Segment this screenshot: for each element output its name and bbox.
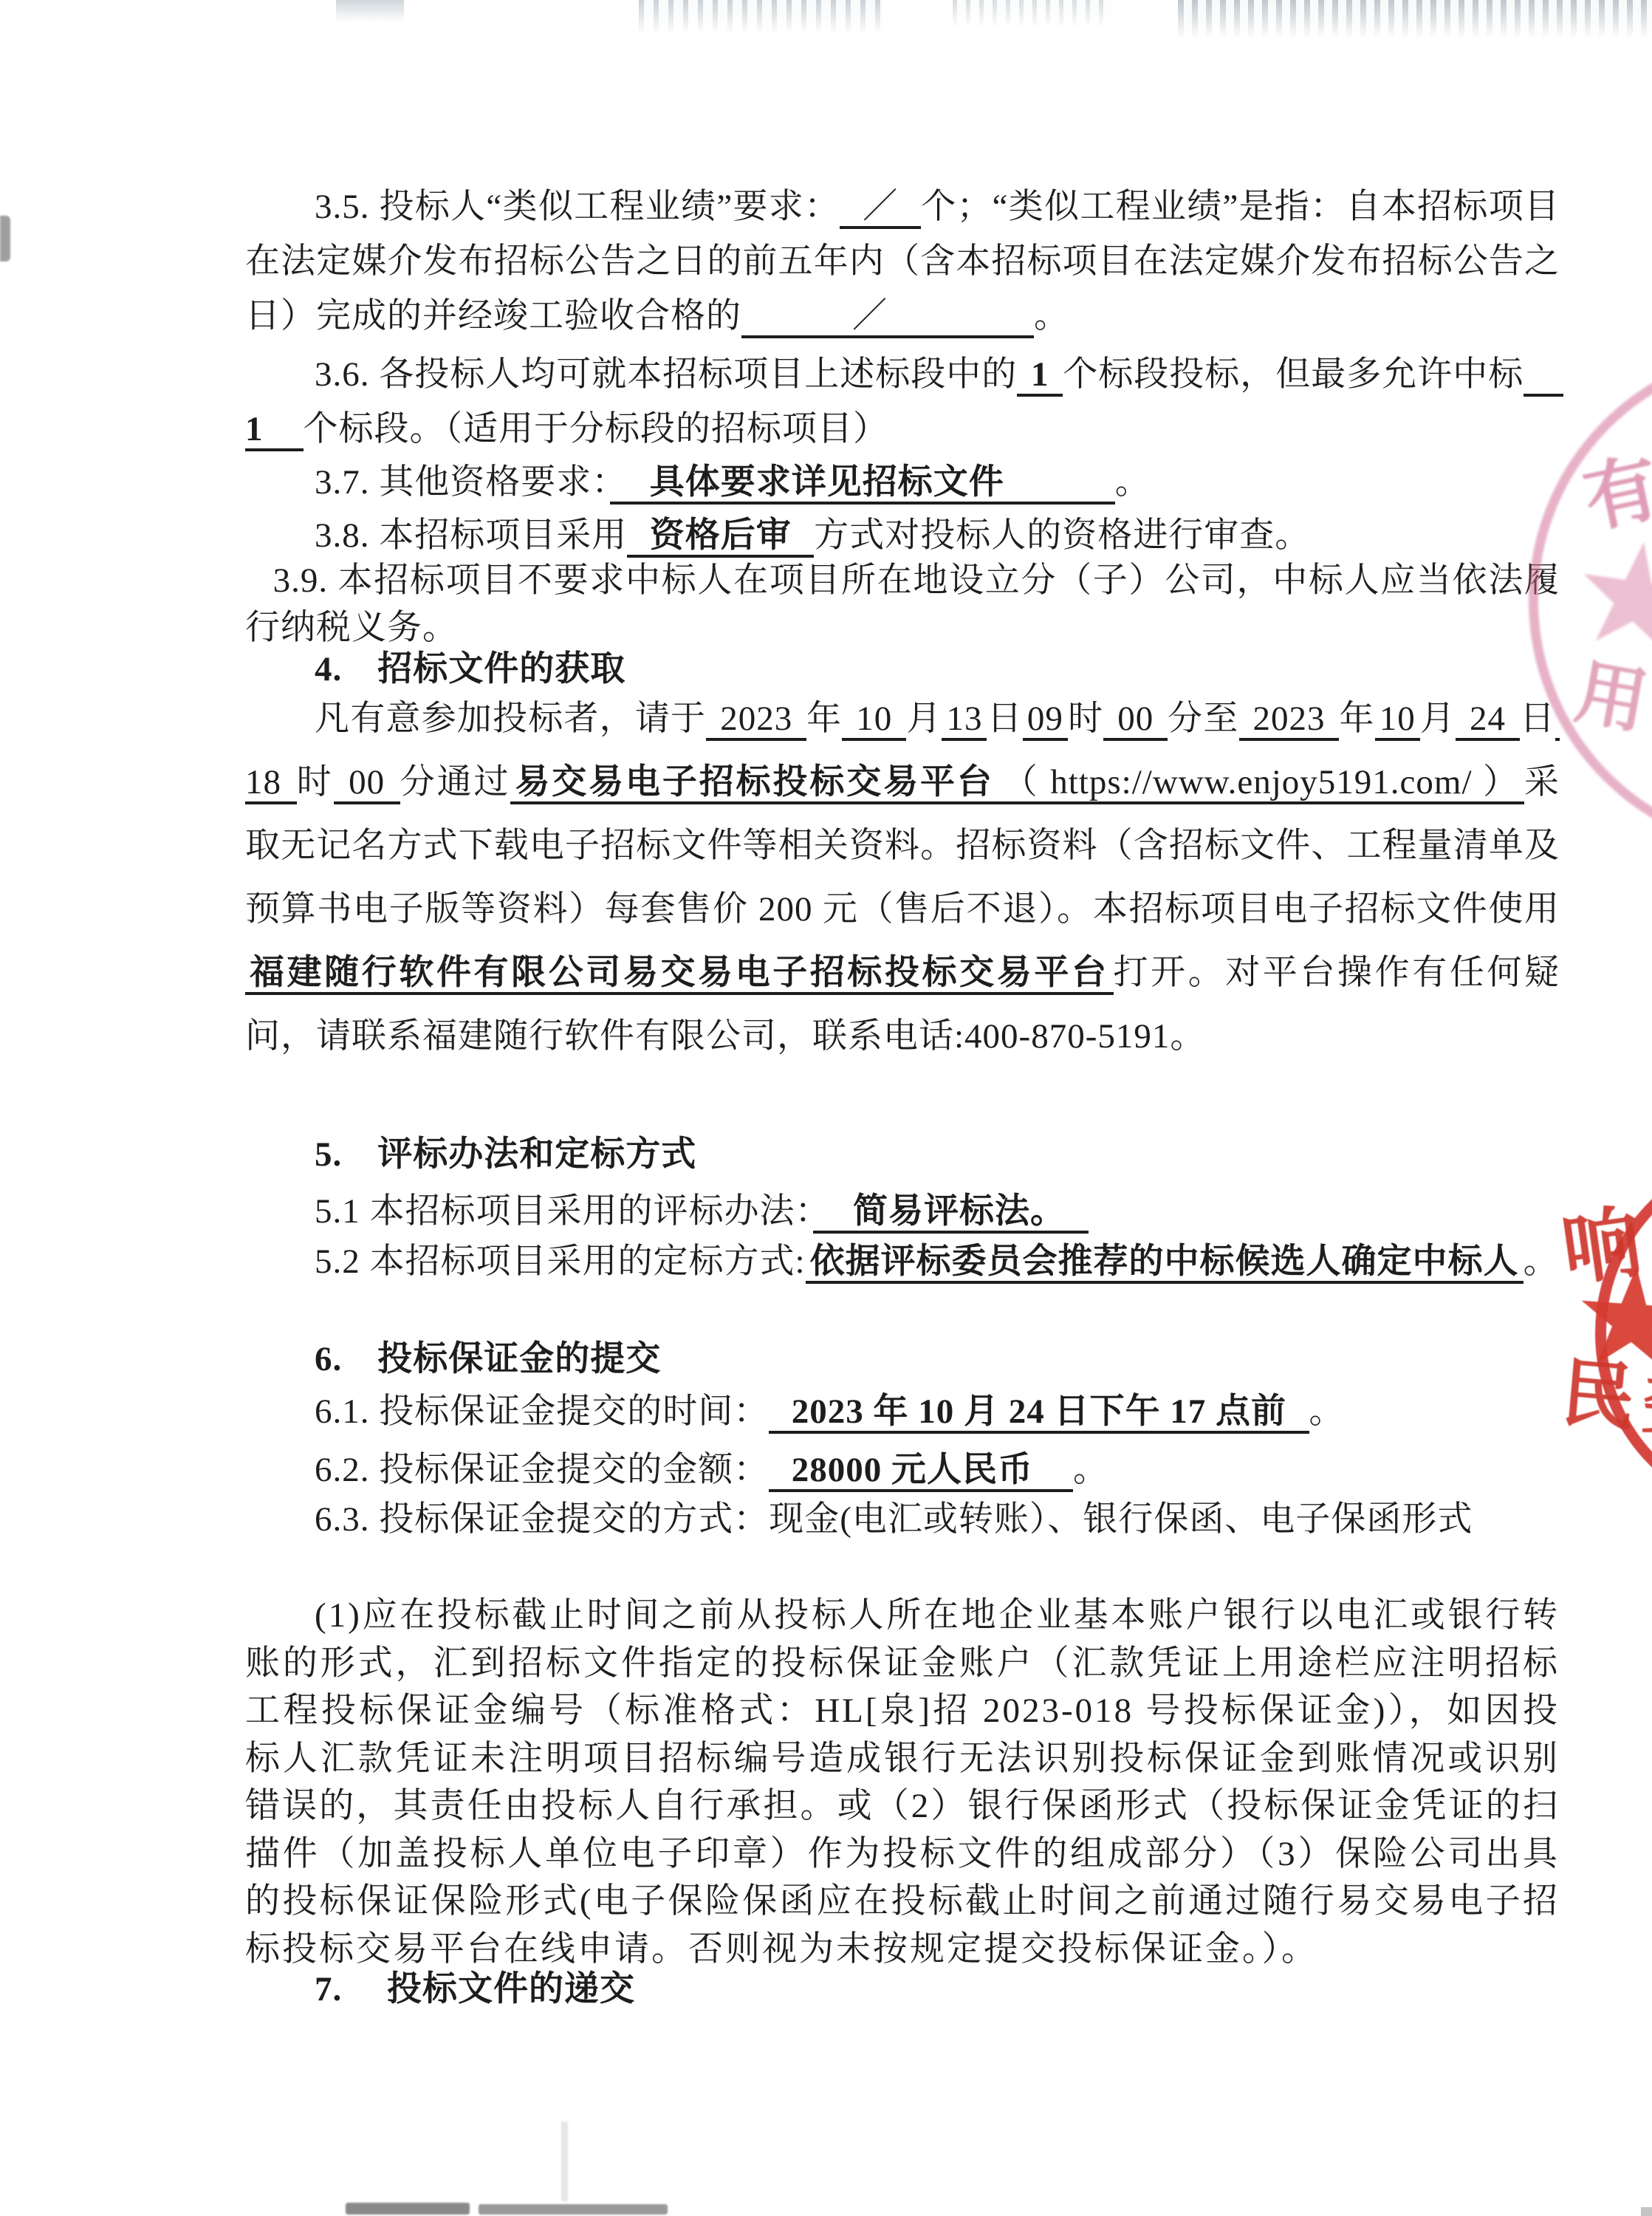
fill-in-blank: 09 bbox=[1023, 700, 1068, 741]
stamp-character: 用 bbox=[1571, 657, 1652, 741]
scan-artifact-top bbox=[336, 0, 404, 22]
fill-in-blank: 2023 bbox=[706, 700, 806, 741]
paragraph-p35: 3.5. 投标人“类似工程业绩”要求： ／ 个；“类似工程业绩”是指：自本招标项… bbox=[245, 179, 1560, 343]
text-segment: 6.1. 投标保证金提交的时间： bbox=[315, 1392, 769, 1431]
scan-artifact-bottom bbox=[346, 2203, 470, 2215]
fill-in-blank: 2023 bbox=[1239, 700, 1340, 741]
text-segment: 时 bbox=[1068, 700, 1103, 738]
fill-in-blank: 24 bbox=[1456, 700, 1520, 741]
text-segment: 3.5. 投标人“类似工程业绩”要求： bbox=[315, 188, 840, 226]
paragraph-h6: 6. 投标保证金的提交 bbox=[245, 1334, 1560, 1384]
text-segment: 。 bbox=[1309, 1392, 1345, 1431]
fill-in-blank: 00 bbox=[334, 763, 400, 804]
fill-in-blank: 依据评标委员会推荐的中标候选人确定中标人 bbox=[806, 1242, 1524, 1284]
fill-in-blank: 易交易电子招标投标交易平台 bbox=[510, 763, 998, 804]
paragraph-p51: 5.1 本招标项目采用的评标办法： 简易评标法。 bbox=[245, 1185, 1560, 1238]
paragraph-p37: 3.7. 其他资格要求： 具体要求详见招标文件 。 bbox=[245, 455, 1560, 510]
text-segment: 4. 招标文件的获取 bbox=[315, 650, 626, 688]
text-segment: 。 bbox=[1073, 1451, 1108, 1489]
text-segment: 5. 评标办法和定标方式 bbox=[315, 1135, 696, 1174]
text-segment: 日 bbox=[987, 700, 1022, 738]
scan-artifact-top bbox=[1178, 0, 1652, 38]
text-segment: 3.7. 其他资格要求： bbox=[315, 463, 610, 502]
paragraph-h5: 5. 评标办法和定标方式 bbox=[245, 1129, 1560, 1180]
fill-in-blank: 28000 元人民币 bbox=[769, 1451, 1073, 1492]
paragraph-p38: 3.8. 本招标项目采用 资格后审 方式对投标人的资格进行审查。 bbox=[245, 508, 1560, 563]
paragraph-p61: 6.1. 投标保证金提交的时间： 2023 年 10 月 24 日下午 17 点… bbox=[245, 1385, 1560, 1438]
text-segment: 5.2 本招标项目采用的定标方式: bbox=[315, 1242, 806, 1281]
text-segment: 。 bbox=[1524, 1242, 1559, 1281]
text-segment: 个标段投标，但最多允许中标 bbox=[1063, 355, 1524, 394]
fill-in-blank: 具体要求详见招标文件 bbox=[610, 463, 1115, 505]
fill-in-blank: （ https://www.enjoy5191.com/ ） bbox=[998, 763, 1524, 804]
scan-artifact-bottom bbox=[561, 2121, 568, 2201]
text-segment: 5.1 本招标项目采用的评标办法： bbox=[315, 1192, 813, 1231]
text-segment: (1)应在投标截止时间之前从投标人所在地企业基本账户银行以电汇或银行转账的形式，… bbox=[245, 1596, 1560, 1969]
text-segment: 分至 bbox=[1168, 700, 1238, 738]
fill-in-blank: 简易评标法。 bbox=[813, 1192, 1089, 1234]
scan-artifact-top bbox=[639, 0, 882, 34]
text-segment: 个标段。（适用于分标段的招标项目） bbox=[304, 410, 889, 448]
scan-artifact-bottom bbox=[1641, 2207, 1652, 2216]
fill-in-blank: 资格后审 bbox=[627, 516, 814, 558]
paragraph-p36: 3.6. 各投标人均可就本招标项目上述标段中的 1 个标段投标，但最多允许中标 … bbox=[245, 347, 1560, 456]
fill-in-blank: 10 bbox=[1375, 700, 1420, 741]
document-page: 3.5. 投标人“类似工程业绩”要求： ／ 个；“类似工程业绩”是指：自本招标项… bbox=[0, 0, 1652, 2216]
paragraph-p62: 6.2. 投标保证金提交的金额： 28000 元人民币 。 bbox=[245, 1443, 1560, 1497]
text-segment: 月 bbox=[1420, 700, 1456, 738]
paragraph-p63: 6.3. 投标保证金提交的方式：现金(电汇或转账）、银行保函、电子保函形式 bbox=[245, 1495, 1560, 1544]
text-segment: 3.8. 本招标项目采用 bbox=[315, 516, 627, 555]
fill-in-blank: 00 bbox=[1103, 700, 1168, 741]
text-segment: 3.6. 各投标人均可就本招标项目上述标段中的 bbox=[315, 355, 1017, 394]
paragraph-pp1: (1)应在投标截止时间之前从投标人所在地企业基本账户银行以电汇或银行转账的形式，… bbox=[245, 1592, 1560, 1973]
text-segment: 6.3. 投标保证金提交的方式：现金(电汇或转账）、银行保函、电子保函形式 bbox=[315, 1500, 1473, 1539]
paragraph-p4a: 凡有意参加投标者，请于 2023 年 10 月13日09时 00 分至 2023… bbox=[245, 687, 1560, 1068]
stamp-character: 民委 bbox=[1558, 1357, 1652, 1445]
fill-in-blank: 1 bbox=[1017, 355, 1063, 397]
text-segment: 6.2. 投标保证金提交的金额： bbox=[315, 1451, 769, 1489]
text-segment: 时 bbox=[297, 763, 334, 801]
text-segment: 年 bbox=[1339, 700, 1374, 738]
paragraph-p39: 3.9. 本招标项目不要求中标人在项目所在地设立分（子）公司，中标人应当依法履行… bbox=[245, 557, 1560, 652]
text-segment: 7. 投标文件的递交 bbox=[315, 1970, 635, 2008]
text-segment: 日 bbox=[1520, 700, 1555, 738]
fill-in-blank: 福建随行软件有限公司易交易电子招标投标交易平台 bbox=[245, 954, 1114, 995]
text-segment: 6. 投标保证金的提交 bbox=[315, 1340, 661, 1378]
text-segment: 3.9. 本招标项目不要求中标人在项目所在地设立分（子）公司，中标人应当依法履行… bbox=[245, 561, 1560, 647]
fill-in-blank: ／ bbox=[741, 297, 1034, 338]
scan-artifact-top bbox=[953, 0, 1111, 28]
fill-in-blank: 10 bbox=[842, 700, 906, 741]
fill-in-blank: 2023 年 10 月 24 日下午 17 点前 bbox=[769, 1392, 1309, 1434]
text-segment: 年 bbox=[806, 700, 842, 738]
text-segment: 分通过 bbox=[400, 763, 511, 801]
fill-in-blank: 13 bbox=[942, 700, 987, 741]
fill-in-blank: ／ bbox=[840, 188, 921, 229]
text-segment: 凡有意参加投标者，请于 bbox=[315, 700, 706, 738]
text-segment: 。 bbox=[1034, 297, 1069, 335]
scan-artifact-left bbox=[0, 216, 10, 261]
paragraph-p52: 5.2 本招标项目采用的定标方式:依据评标委员会推荐的中标候选人确定中标人。 bbox=[245, 1235, 1560, 1288]
text-segment: 。 bbox=[1115, 463, 1151, 502]
paragraph-h7: 7. 投标文件的递交 bbox=[245, 1964, 1560, 2014]
scan-artifact-bottom bbox=[479, 2204, 668, 2215]
text-segment: 方式对投标人的资格进行审查。 bbox=[814, 516, 1310, 555]
text-segment: 月 bbox=[906, 700, 942, 738]
